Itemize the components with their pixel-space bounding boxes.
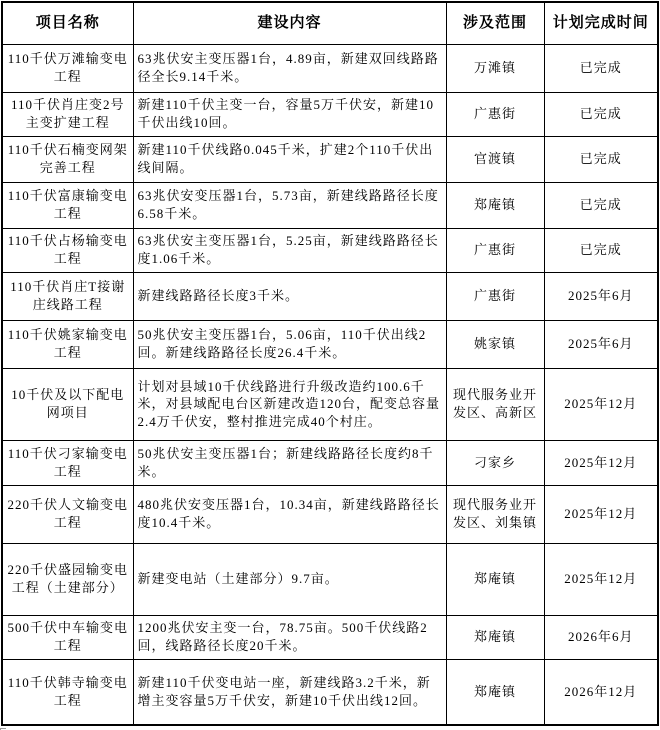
construction-content-cell: 63兆伏安主变压器1台，4.89亩，新建双回线路路径全长9.14千米。 bbox=[133, 44, 446, 92]
power-grid-plan-table: 项目名称 建设内容 涉及范围 计划完成时间 110千伏万滩输变电工程 63兆伏安… bbox=[1, 1, 659, 726]
construction-content-cell: 新建变电站（土建部分）9.7亩。 bbox=[133, 543, 446, 615]
project-name-cell: 110千伏姚家输变电工程 bbox=[2, 320, 133, 368]
scope-cell: 广惠街 bbox=[446, 228, 544, 272]
construction-content-cell: 新建线路路径长度3千米。 bbox=[133, 272, 446, 320]
table-row: 110千伏肖庄变2号主变扩建工程 新建110千伏主变一台，容量5万千伏安，新建1… bbox=[2, 92, 658, 136]
project-name-cell: 110千伏万滩输变电工程 bbox=[2, 44, 133, 92]
time-cell: 2025年12月 bbox=[544, 368, 658, 440]
project-name-cell: 110千伏占杨输变电工程 bbox=[2, 228, 133, 272]
table-row: 110千伏石楠变网架完善工程 新建110千伏线路0.045千米，扩建2个110千… bbox=[2, 136, 658, 182]
project-name-cell: 110千伏肖庄变2号主变扩建工程 bbox=[2, 92, 133, 136]
construction-content-cell: 480兆伏安变压器1台，10.34亩，新建线路路径长度10.4千米。 bbox=[133, 485, 446, 543]
scope-cell: 郑庵镇 bbox=[446, 543, 544, 615]
construction-content-cell: 1200兆伏安主变一台，78.75亩。500千伏线路2回，线路路径长度20千米。 bbox=[133, 615, 446, 659]
time-cell: 2026年12月 bbox=[544, 659, 658, 725]
scope-cell: 官渡镇 bbox=[446, 136, 544, 182]
time-cell: 已完成 bbox=[544, 44, 658, 92]
scope-cell: 现代服务业开发区、高新区 bbox=[446, 368, 544, 440]
time-cell: 已完成 bbox=[544, 92, 658, 136]
construction-content-cell: 新建110千伏主变一台，容量5万千伏安，新建10千伏出线10回。 bbox=[133, 92, 446, 136]
construction-content-cell: 63兆伏安主变压器1台，5.25亩，新建线路路径长度1.06千米。 bbox=[133, 228, 446, 272]
project-name-cell: 220千伏盛园输变电工程（土建部分） bbox=[2, 543, 133, 615]
time-cell: 2025年6月 bbox=[544, 272, 658, 320]
time-cell: 已完成 bbox=[544, 182, 658, 228]
project-name-cell: 220千伏人文输变电工程 bbox=[2, 485, 133, 543]
scope-cell: 姚家镇 bbox=[446, 320, 544, 368]
scope-cell: 郑庵镇 bbox=[446, 182, 544, 228]
header-project-name: 项目名称 bbox=[2, 2, 133, 44]
construction-content-cell: 50兆伏安主变压器1台；新建线路路径长度约8千米。 bbox=[133, 440, 446, 485]
header-planned-completion-time: 计划完成时间 bbox=[544, 2, 658, 44]
scope-cell: 万滩镇 bbox=[446, 44, 544, 92]
header-construction-content: 建设内容 bbox=[133, 2, 446, 44]
table-row: 110千伏刁家输变电工程 50兆伏安主变压器1台；新建线路路径长度约8千米。 刁… bbox=[2, 440, 658, 485]
construction-content-cell: 计划对县域10千伏线路进行升级改造约100.6千米，对县域配电台区新建改造120… bbox=[133, 368, 446, 440]
scope-cell: 刁家乡 bbox=[446, 440, 544, 485]
table-row: 110千伏富康输变电工程 63兆伏安变压器1台，5.73亩，新建线路路径长度6.… bbox=[2, 182, 658, 228]
project-name-cell: 110千伏韩寺输变电工程 bbox=[2, 659, 133, 725]
time-cell: 2025年6月 bbox=[544, 320, 658, 368]
table-row: 110千伏占杨输变电工程 63兆伏安主变压器1台，5.25亩，新建线路路径长度1… bbox=[2, 228, 658, 272]
project-name-cell: 110千伏石楠变网架完善工程 bbox=[2, 136, 133, 182]
project-name-cell: 110千伏富康输变电工程 bbox=[2, 182, 133, 228]
project-name-cell: 110千伏刁家输变电工程 bbox=[2, 440, 133, 485]
table-row: 110千伏肖庄T接谢庄线路工程 新建线路路径长度3千米。 广惠街 2025年6月 bbox=[2, 272, 658, 320]
project-name-cell: 10千伏及以下配电网项目 bbox=[2, 368, 133, 440]
header-row: 项目名称 建设内容 涉及范围 计划完成时间 bbox=[2, 2, 658, 44]
table-row: 10千伏及以下配电网项目 计划对县域10千伏线路进行升级改造约100.6千米，对… bbox=[2, 368, 658, 440]
construction-content-cell: 50兆伏安主变压器1台，5.06亩，110千伏出线2回。新建线路路径长度26.4… bbox=[133, 320, 446, 368]
time-cell: 已完成 bbox=[544, 228, 658, 272]
time-cell: 2025年12月 bbox=[544, 485, 658, 543]
time-cell: 2026年6月 bbox=[544, 615, 658, 659]
time-cell: 已完成 bbox=[544, 136, 658, 182]
table-row: 500千伏中车输变电工程 1200兆伏安主变一台，78.75亩。500千伏线路2… bbox=[2, 615, 658, 659]
project-name-cell: 500千伏中车输变电工程 bbox=[2, 615, 133, 659]
time-cell: 2025年12月 bbox=[544, 440, 658, 485]
power-grid-plan-table-container: 项目名称 建设内容 涉及范围 计划完成时间 110千伏万滩输变电工程 63兆伏安… bbox=[0, 0, 660, 726]
table-row: 110千伏万滩输变电工程 63兆伏安主变压器1台，4.89亩，新建双回线路路径全… bbox=[2, 44, 658, 92]
table-row: 110千伏姚家输变电工程 50兆伏安主变压器1台，5.06亩，110千伏出线2回… bbox=[2, 320, 658, 368]
construction-content-cell: 新建110千伏线路0.045千米，扩建2个110千伏出线间隔。 bbox=[133, 136, 446, 182]
scope-cell: 现代服务业开发区、刘集镇 bbox=[446, 485, 544, 543]
scope-cell: 郑庵镇 bbox=[446, 659, 544, 725]
project-name-cell: 110千伏肖庄T接谢庄线路工程 bbox=[2, 272, 133, 320]
scope-cell: 郑庵镇 bbox=[446, 615, 544, 659]
table-row: 220千伏人文输变电工程 480兆伏安变压器1台，10.34亩，新建线路路径长度… bbox=[2, 485, 658, 543]
header-scope: 涉及范围 bbox=[446, 2, 544, 44]
construction-content-cell: 63兆伏安变压器1台，5.73亩，新建线路路径长度6.58千米。 bbox=[133, 182, 446, 228]
table-row: 220千伏盛园输变电工程（土建部分） 新建变电站（土建部分）9.7亩。 郑庵镇 … bbox=[2, 543, 658, 615]
scope-cell: 广惠街 bbox=[446, 272, 544, 320]
table-row: 110千伏韩寺输变电工程 新建110千伏变电站一座，新建线路3.2千米，新增主变… bbox=[2, 659, 658, 725]
time-cell: 2025年12月 bbox=[544, 543, 658, 615]
scope-cell: 广惠街 bbox=[446, 92, 544, 136]
construction-content-cell: 新建110千伏变电站一座，新建线路3.2千米，新增主变容量5万千伏安，新建10千… bbox=[133, 659, 446, 725]
